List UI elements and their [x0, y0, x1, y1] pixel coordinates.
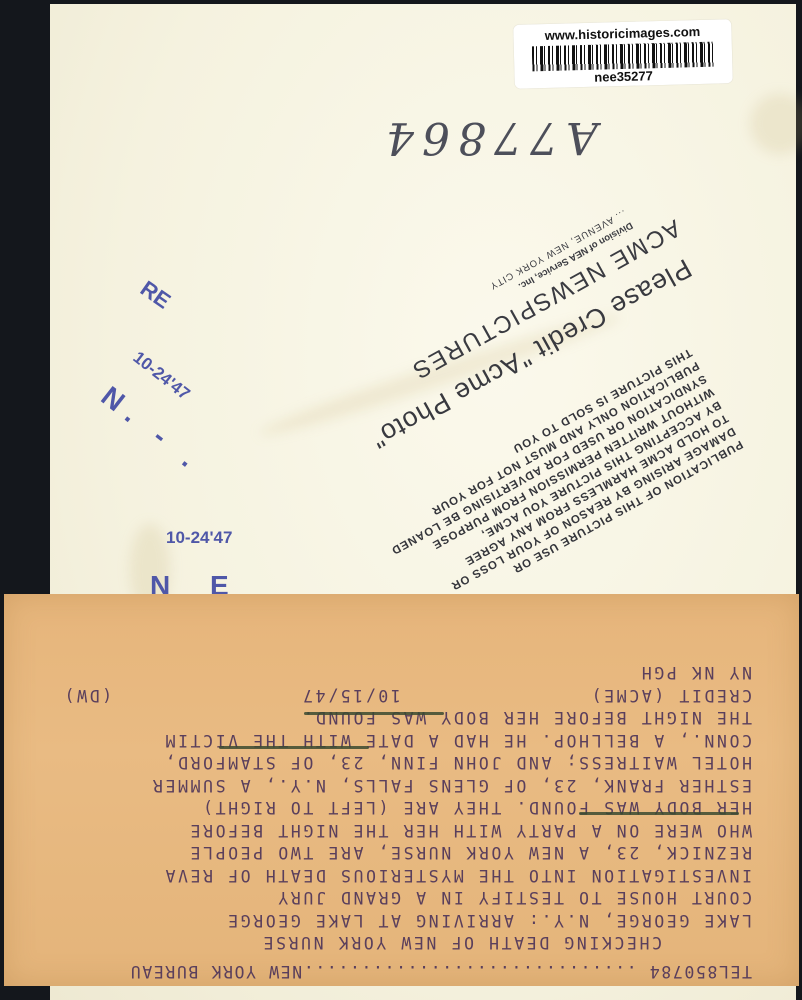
blue-stamp-n: N. - .: [95, 380, 210, 480]
pencil-underline-mark: [579, 812, 739, 815]
caption-credit: CREDIT (ACME): [589, 684, 752, 707]
caption-routing: NY NK PGH: [62, 661, 752, 684]
age-stain: [750, 94, 802, 154]
pencil-underline-mark: [304, 712, 444, 715]
acme-stamp: Publication of this picture use or damag…: [209, 160, 745, 657]
caption-initials: (DW): [62, 684, 112, 707]
barcode-url: www.historicimages.com: [513, 23, 731, 44]
blue-stamp-re: RE: [135, 276, 175, 315]
caption-line: LAKE GEORGE, N.Y.: ARRIVING AT LAKE GEOR…: [62, 909, 752, 932]
handwritten-number: A77864: [378, 112, 598, 163]
blue-stamp-date: 10-24'47: [166, 528, 232, 548]
caption-slip: TEL850784 .............................N…: [4, 594, 799, 986]
caption-header: TEL850784 .............................N…: [62, 960, 752, 983]
caption-line: WHO WERE ON A PARTY WITH HER THE NIGHT B…: [62, 819, 752, 842]
caption-line: CONN., A BELLHOP. HE HAD A DATE WITH THE…: [62, 729, 752, 752]
caption-line: COURT HOUSE TO TESTIFY IN A GRAND JURY: [62, 886, 752, 909]
caption-text: TEL850784 .............................N…: [62, 634, 752, 982]
pencil-underline-mark: [219, 746, 369, 749]
caption-line: REZNICK, 23, A NEW YORK NURSE, ARE TWO P…: [62, 841, 752, 864]
caption-line: ESTHER FRANK, 23, OF GLENS FALLS, N.Y., …: [62, 774, 752, 797]
caption-line: THE NIGHT BEFORE HER BODY WAS FOUND.: [62, 706, 752, 729]
caption-date: 10/15/47: [300, 684, 400, 707]
caption-line: INVESTIGATION INTO THE MYSTERIOUS DEATH …: [62, 864, 752, 887]
caption-line: CHECKING DEATH OF NEW YORK NURSE: [62, 931, 752, 954]
caption-line: HOTEL WAITRESS; AND JOHN FINN, 23, OF ST…: [62, 751, 752, 774]
caption-credit-row: CREDIT (ACME) 10/15/47 (DW): [62, 684, 752, 707]
blue-stamp-date: 10-24'47: [129, 348, 194, 405]
barcode-label: www.historicimages.com nee35277: [513, 19, 733, 89]
caption-line: HER BODY WAS FOUND. THEY ARE (LEFT TO RI…: [62, 796, 752, 819]
